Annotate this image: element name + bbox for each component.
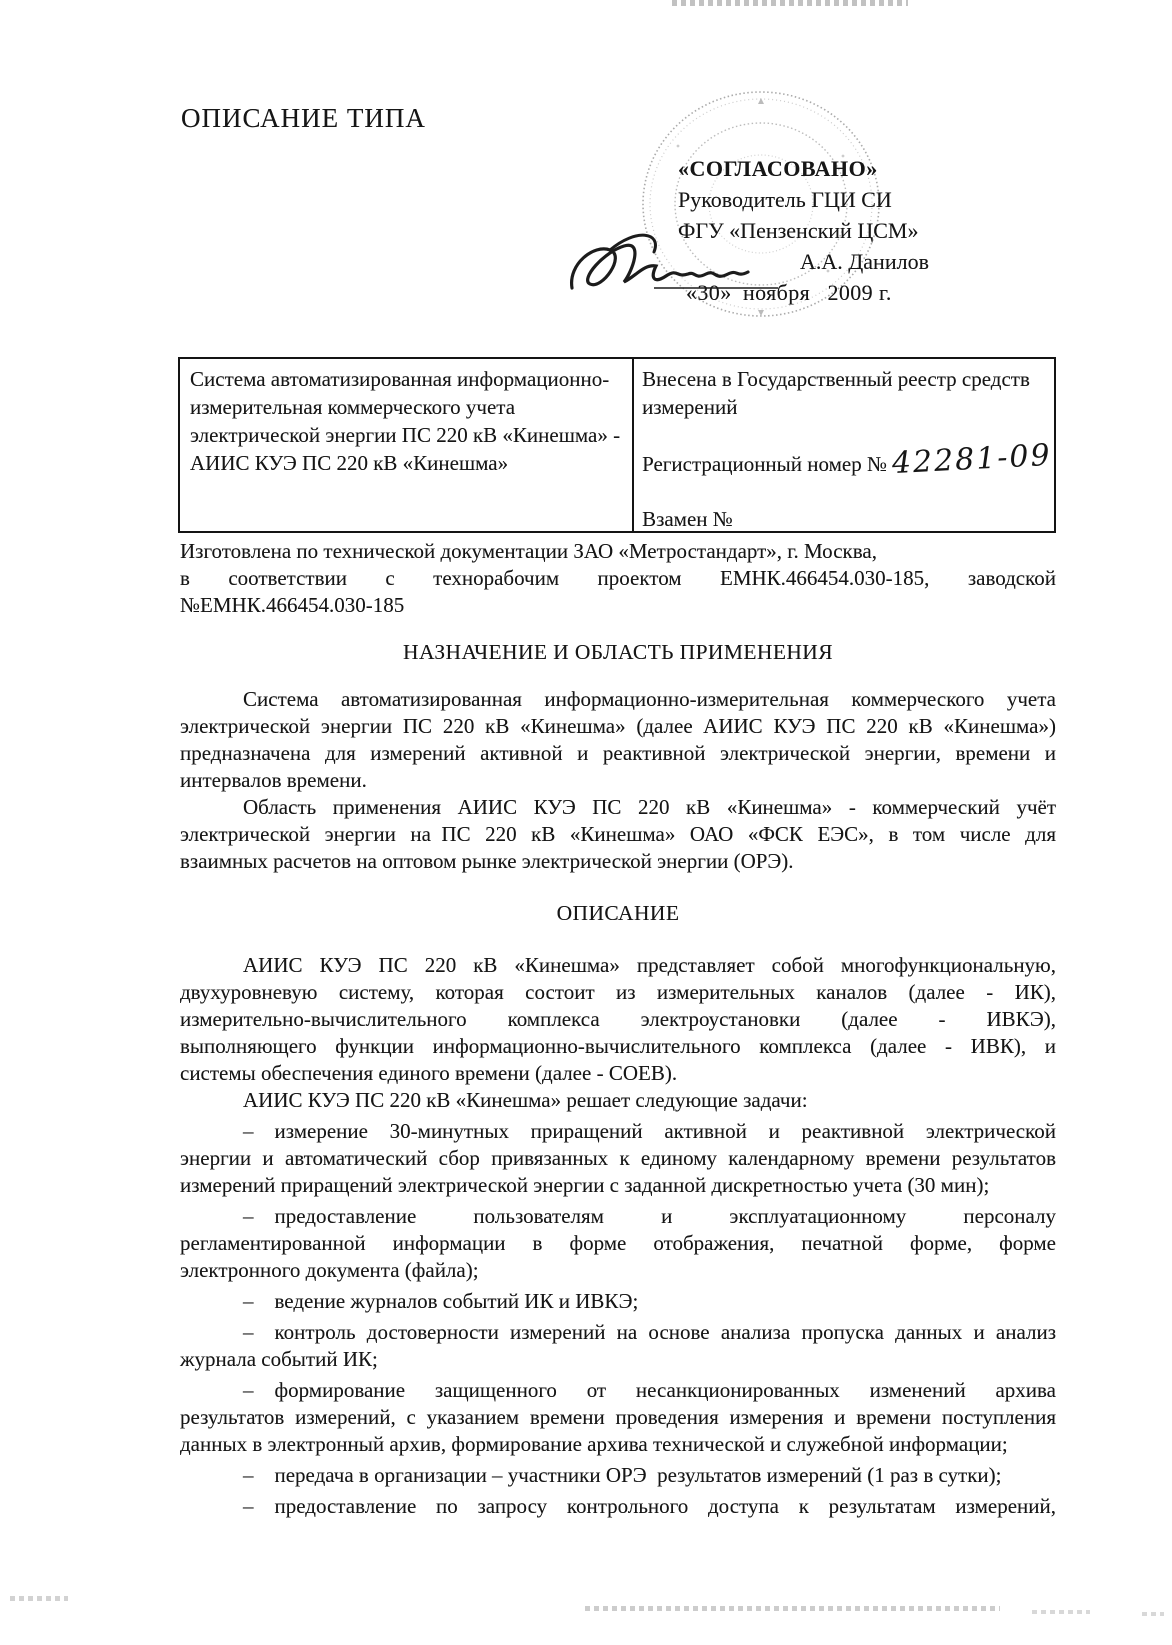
scan-artifact-bottom [1142, 1612, 1164, 1616]
text-line: – предоставление по запросу контрольного… [180, 1493, 1056, 1520]
scan-artifact-bottom [10, 1596, 68, 1601]
text-line: энергии и автоматический сбор привязанны… [180, 1145, 1056, 1172]
text-line: Внесена в Государственный реестр средств [642, 365, 1052, 393]
paragraph-description-1: АИИС КУЭ ПС 220 кВ «Кинешма» представляе… [180, 952, 1056, 1087]
paragraph-manufactured: Изготовлена по технической документации … [180, 538, 1056, 619]
text-line: – контроль достоверности измерений на ос… [180, 1319, 1056, 1346]
text-line: в соответствии с технорабочим проектом Е… [180, 565, 1056, 592]
paragraph-description-2: АИИС КУЭ ПС 220 кВ «Кинешма» решает след… [180, 1087, 1056, 1114]
text-line: Область применения АИИС КУЭ ПС 220 кВ «К… [180, 794, 1056, 821]
text-line: АИИС КУЭ ПС 220 кВ «Кинешма» представляе… [180, 952, 1056, 979]
section-heading-description: ОПИСАНИЕ [180, 901, 1056, 926]
text-line: электрической энергии ПС 220 кВ «Кинешма… [190, 421, 626, 449]
text-line: взаимных расчетов на оптовом рынке элект… [180, 848, 1056, 875]
bullet-item: – предоставление пользователям и эксплуа… [180, 1203, 1056, 1284]
text-line: интервалов времени. [180, 767, 1056, 794]
text-line: Система автоматизированная информационно… [190, 365, 626, 393]
text-line: выполняющего функции информационно-вычис… [180, 1033, 1056, 1060]
registry-table: Система автоматизированная информационно… [178, 357, 1056, 533]
text-line: – формирование защищенного от несанкцион… [180, 1377, 1056, 1404]
replaces-number-label: Взамен № [642, 507, 1052, 532]
bullet-item: – передача в организации – участники ОРЭ… [180, 1462, 1056, 1489]
text-line: Изготовлена по технической документации … [180, 538, 1056, 565]
approval-role-line: Руководитель ГЦИ СИ [678, 184, 929, 215]
text-line: №ЕМНК.466454.030-185 [180, 592, 1056, 619]
document-title: ОПИСАНИЕ ТИПА [181, 103, 426, 134]
text-line: измерительная коммерческого учета [190, 393, 626, 421]
text-line: предназначена для измерений активной и р… [180, 740, 1056, 767]
text-line: – передача в организации – участники ОРЭ… [180, 1462, 1056, 1489]
text-line: АИИС КУЭ ПС 220 кВ «Кинешма» решает след… [180, 1087, 1056, 1114]
text-line: электрической энергии на ПС 220 кВ «Кине… [180, 821, 1056, 848]
bullet-item: – ведение журналов событий ИК и ИВКЭ; [180, 1288, 1056, 1315]
registry-table-registry-cell: Внесена в Государственный реестр средств… [634, 359, 1054, 531]
text-line: измерений приращений электрической энерг… [180, 1172, 1056, 1199]
bullet-item: – контроль достоверности измерений на ос… [180, 1319, 1056, 1373]
paragraph-purpose-2: Область применения АИИС КУЭ ПС 220 кВ «К… [180, 794, 1056, 875]
scan-artifact-top [672, 0, 908, 6]
paragraph-purpose-1: Система автоматизированная информационно… [180, 686, 1056, 794]
text-line: измерительно-вычислительного комплекса э… [180, 1006, 1056, 1033]
registration-number-label: Регистрационный номер № [642, 452, 892, 476]
text-line: двухуровневую систему, которая состоит и… [180, 979, 1056, 1006]
text-line: Система автоматизированная информационно… [180, 686, 1056, 713]
section-heading-purpose: НАЗНАЧЕНИЕ И ОБЛАСТЬ ПРИМЕНЕНИЯ [180, 640, 1056, 665]
text-line: журнала событий ИК; [180, 1346, 1056, 1373]
text-line: – ведение журналов событий ИК и ИВКЭ; [180, 1288, 1056, 1315]
bullet-item: – формирование защищенного от несанкцион… [180, 1377, 1056, 1458]
text-line: электронного документа (файла); [180, 1257, 1056, 1284]
registry-entered-text: Внесена в Государственный реестр средств… [642, 365, 1052, 421]
text-line: АИИС КУЭ ПС 220 кВ «Кинешма» [190, 449, 626, 477]
scan-artifact-bottom [1032, 1610, 1090, 1614]
registry-table-system-name-cell: Система автоматизированная информационно… [180, 359, 634, 531]
scanned-document-page: ОПИСАНИЕ ТИПА «СОГЛАСОВАНО» Руководитель… [0, 0, 1172, 1645]
text-line: регламентированной информации в форме от… [180, 1230, 1056, 1257]
document-body: Изготовлена по технической документации … [180, 538, 1056, 1520]
approval-status: «СОГЛАСОВАНО» [678, 153, 929, 184]
signature-icon [566, 226, 818, 308]
text-line: электрической энергии ПС 220 кВ «Кинешма… [180, 713, 1056, 740]
text-line: – предоставление пользователям и эксплуа… [180, 1203, 1056, 1230]
text-line: результатов измерений, с указанием време… [180, 1404, 1056, 1431]
registration-number-handwritten: 42281-09 [891, 438, 1052, 481]
registration-number-row: Регистрационный номер № 42281-09 [642, 444, 1052, 479]
scan-artifact-bottom [585, 1606, 1000, 1611]
text-line: измерений [642, 393, 1052, 421]
text-line: – измерение 30-минутных приращений актив… [180, 1118, 1056, 1145]
text-line: данных в электронный архив, формирование… [180, 1431, 1056, 1458]
bullet-item: – измерение 30-минутных приращений актив… [180, 1118, 1056, 1199]
bullet-item: – предоставление по запросу контрольного… [180, 1493, 1056, 1520]
text-line: системы обеспечения единого времени (дал… [180, 1060, 1056, 1087]
